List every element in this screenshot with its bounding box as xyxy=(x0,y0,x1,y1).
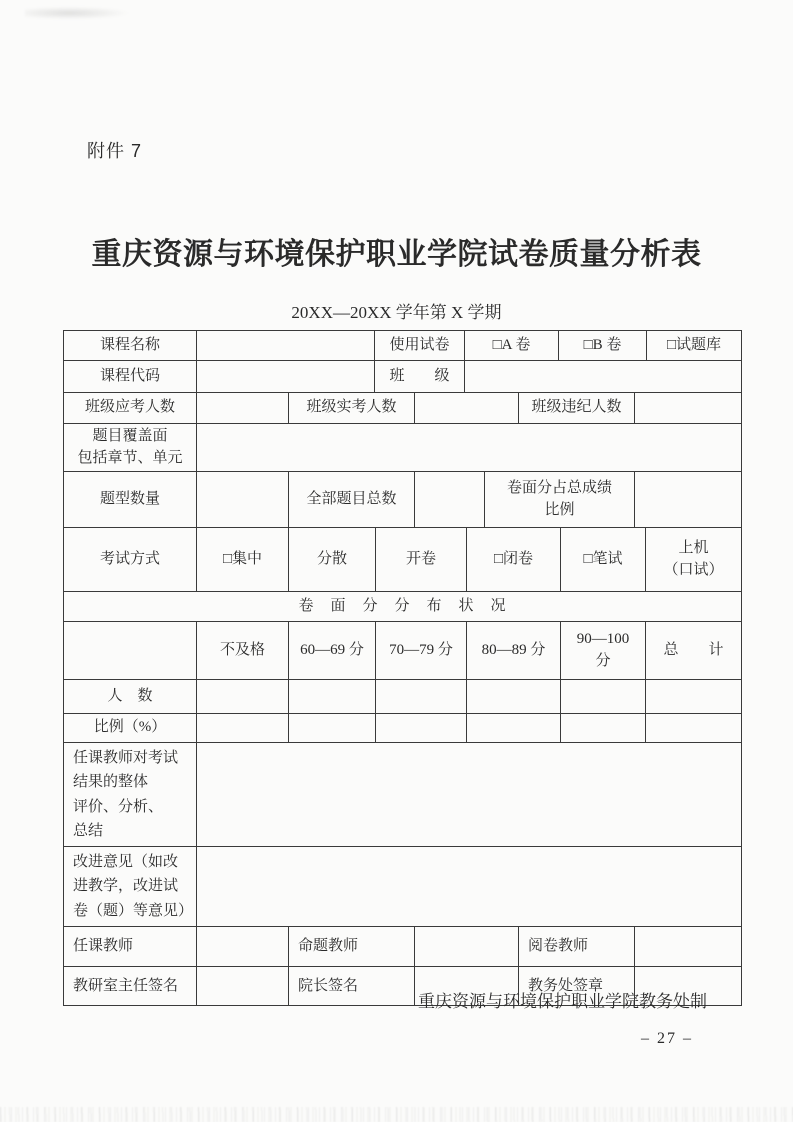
paper-b-checkbox: □B 卷 xyxy=(559,331,647,360)
course-code-input xyxy=(197,361,375,392)
row-teachers: 任课教师 命题教师 阅卷教师 xyxy=(64,927,741,967)
expected-count-label: 班级应考人数 xyxy=(64,393,197,423)
score-band-corner-cell xyxy=(64,622,197,679)
exam-mode-label: 考试方式 xyxy=(64,528,197,591)
count-cell xyxy=(376,680,467,713)
row-exam-mode: 考试方式 □集中 分散 开卷 □闭卷 □笔试 上机 （口试） xyxy=(64,528,741,592)
ratio-cell xyxy=(197,714,289,742)
class-label: 班 级 xyxy=(375,361,465,392)
coverage-label: 题目覆盖面 包括章节、单元 xyxy=(64,424,197,471)
class-input xyxy=(465,361,741,392)
row-improvement: 改进意见（如改 进教学，改进试 卷（题）等意见） xyxy=(64,847,741,927)
band-60-69-label: 60—69 分 xyxy=(289,622,376,679)
course-code-label: 课程代码 xyxy=(64,361,197,392)
ratio-cell xyxy=(561,714,646,742)
band-90-100-label: 90—100 分 xyxy=(561,622,646,679)
improvement-input xyxy=(197,847,741,926)
paper-a-checkbox: □A 卷 xyxy=(465,331,559,360)
score-ratio-input xyxy=(635,472,741,527)
ratio-cell xyxy=(646,714,741,742)
grader-label: 阅卷教师 xyxy=(519,927,635,966)
paper-bank-checkbox: □试题库 xyxy=(647,331,741,360)
row-student-counts: 班级应考人数 班级实考人数 班级违纪人数 xyxy=(64,393,741,424)
actual-count-label: 班级实考人数 xyxy=(289,393,415,423)
director-sign-input xyxy=(197,967,289,1005)
centralized-checkbox: □集中 xyxy=(197,528,289,591)
quality-analysis-form: 课程名称 使用试卷 □A 卷 □B 卷 □试题库 课程代码 班 级 班级应考人数… xyxy=(63,330,742,1006)
written-checkbox: □笔试 xyxy=(561,528,646,591)
teacher-input xyxy=(197,927,289,966)
ratio-cell xyxy=(289,714,376,742)
teacher-evaluation-label: 任课教师对考试 结果的整体 评价、分析、 总结 xyxy=(64,743,197,846)
expected-count-input xyxy=(197,393,289,423)
scan-noise-bottom xyxy=(0,1107,793,1122)
director-sign-label: 教研室主任签名 xyxy=(64,967,197,1005)
ratio-cell xyxy=(467,714,561,742)
proposer-label: 命题教师 xyxy=(289,927,415,966)
row-teacher-evaluation: 任课教师对考试 结果的整体 评价、分析、 总结 xyxy=(64,743,741,847)
closed-book-checkbox: □闭卷 xyxy=(467,528,561,591)
ratio-cell xyxy=(376,714,467,742)
row-score-bands: 不及格 60—69 分 70—79 分 80—89 分 90—100 分 总 计 xyxy=(64,622,741,680)
count-cell xyxy=(561,680,646,713)
total-band-label: 总 计 xyxy=(646,622,741,679)
issuing-office-note: 重庆资源与环境保护职业学院教务处制 xyxy=(418,987,707,1012)
scan-smudge-top xyxy=(25,6,135,20)
semester-subtitle: 20XX—20XX 学年第 X 学期 xyxy=(0,298,793,323)
score-distribution-header: 卷 面 分 分 布 状 况 xyxy=(64,592,741,621)
row-distribution-header: 卷 面 分 分 布 状 况 xyxy=(64,592,741,622)
dean-sign-label: 院长签名 xyxy=(289,967,415,1005)
proposer-input xyxy=(415,927,519,966)
row-ratios: 比例（%） xyxy=(64,714,741,743)
count-row-label: 人 数 xyxy=(64,680,197,713)
paper-used-label: 使用试卷 xyxy=(375,331,465,360)
violation-count-input xyxy=(635,393,741,423)
course-name-label: 课程名称 xyxy=(64,331,197,360)
band-70-79-label: 70—79 分 xyxy=(376,622,467,679)
attachment-label: 附件 7 xyxy=(87,137,142,163)
total-questions-label: 全部题目总数 xyxy=(289,472,415,527)
computer-oral-option: 上机 （口试） xyxy=(646,528,741,591)
document-page: 附件 7 重庆资源与环境保护职业学院试卷质量分析表 20XX—20XX 学年第 … xyxy=(0,0,793,1122)
count-cell xyxy=(646,680,741,713)
row-coverage: 题目覆盖面 包括章节、单元 xyxy=(64,424,741,472)
ratio-row-label: 比例（%） xyxy=(64,714,197,742)
total-questions-input xyxy=(415,472,485,527)
question-type-count-label: 题型数量 xyxy=(64,472,197,527)
teacher-evaluation-input xyxy=(197,743,741,846)
open-book-option: 开卷 xyxy=(376,528,467,591)
row-course-code: 课程代码 班 级 xyxy=(64,361,741,393)
violation-count-label: 班级违纪人数 xyxy=(519,393,635,423)
count-cell xyxy=(289,680,376,713)
band-80-89-label: 80—89 分 xyxy=(467,622,561,679)
course-name-input xyxy=(197,331,375,360)
score-ratio-label: 卷面分占总成绩 比例 xyxy=(485,472,635,527)
count-cell xyxy=(197,680,289,713)
count-cell xyxy=(467,680,561,713)
grader-input xyxy=(635,927,741,966)
fail-band-label: 不及格 xyxy=(197,622,289,679)
page-title: 重庆资源与环境保护职业学院试卷质量分析表 xyxy=(0,229,793,273)
question-type-count-input xyxy=(197,472,289,527)
row-course-name: 课程名称 使用试卷 □A 卷 □B 卷 □试题库 xyxy=(64,331,741,361)
page-number: – 27 – xyxy=(612,1030,722,1048)
row-question-stats: 题型数量 全部题目总数 卷面分占总成绩 比例 xyxy=(64,472,741,528)
row-counts: 人 数 xyxy=(64,680,741,714)
scattered-option: 分散 xyxy=(289,528,376,591)
improvement-label: 改进意见（如改 进教学，改进试 卷（题）等意见） xyxy=(64,847,197,926)
teacher-label: 任课教师 xyxy=(64,927,197,966)
actual-count-input xyxy=(415,393,519,423)
coverage-input xyxy=(197,424,741,471)
